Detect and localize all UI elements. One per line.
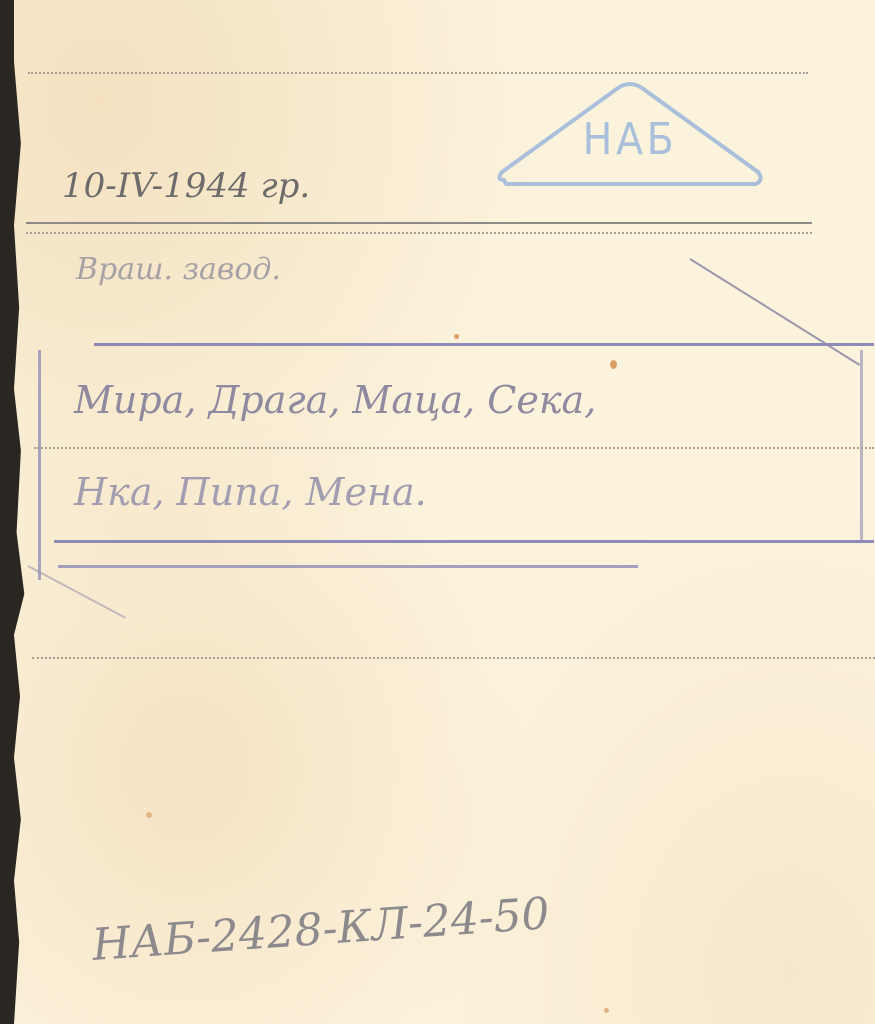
names-box-right bbox=[860, 350, 863, 540]
date-dotted-line bbox=[26, 232, 812, 234]
names-box-top bbox=[94, 343, 874, 346]
stain-spot bbox=[146, 812, 152, 818]
stain-spot bbox=[604, 1008, 609, 1013]
document-paper: НАБ 10-IV-1944 гр. Враш. завод. Мира, Др… bbox=[14, 0, 875, 1024]
corner-pencil-stroke bbox=[28, 565, 126, 618]
archive-stamp: НАБ bbox=[492, 80, 768, 192]
date-underline bbox=[26, 222, 812, 224]
names-box-bottom bbox=[54, 540, 874, 543]
names-box-left bbox=[38, 350, 41, 580]
names-box-bottom-2 bbox=[58, 565, 638, 568]
stain-spot bbox=[454, 334, 459, 339]
stain-spot bbox=[610, 360, 617, 369]
stamp-text: НАБ bbox=[506, 114, 754, 165]
lower-dotted-line bbox=[32, 657, 875, 659]
names-line-2: Нка, Пипа, Мена. bbox=[74, 470, 427, 514]
date-text: 10-IV-1944 гр. bbox=[62, 166, 310, 206]
archive-code-text: НАБ-2428-КЛ-24-50 bbox=[90, 888, 551, 971]
top-dotted-line bbox=[28, 72, 808, 74]
names-line-1: Мира, Драга, Маца, Сека, bbox=[74, 378, 596, 422]
diagonal-pencil-stroke bbox=[689, 258, 860, 366]
caption-text: Враш. завод. bbox=[76, 252, 281, 287]
names-dotted-line bbox=[34, 447, 874, 449]
